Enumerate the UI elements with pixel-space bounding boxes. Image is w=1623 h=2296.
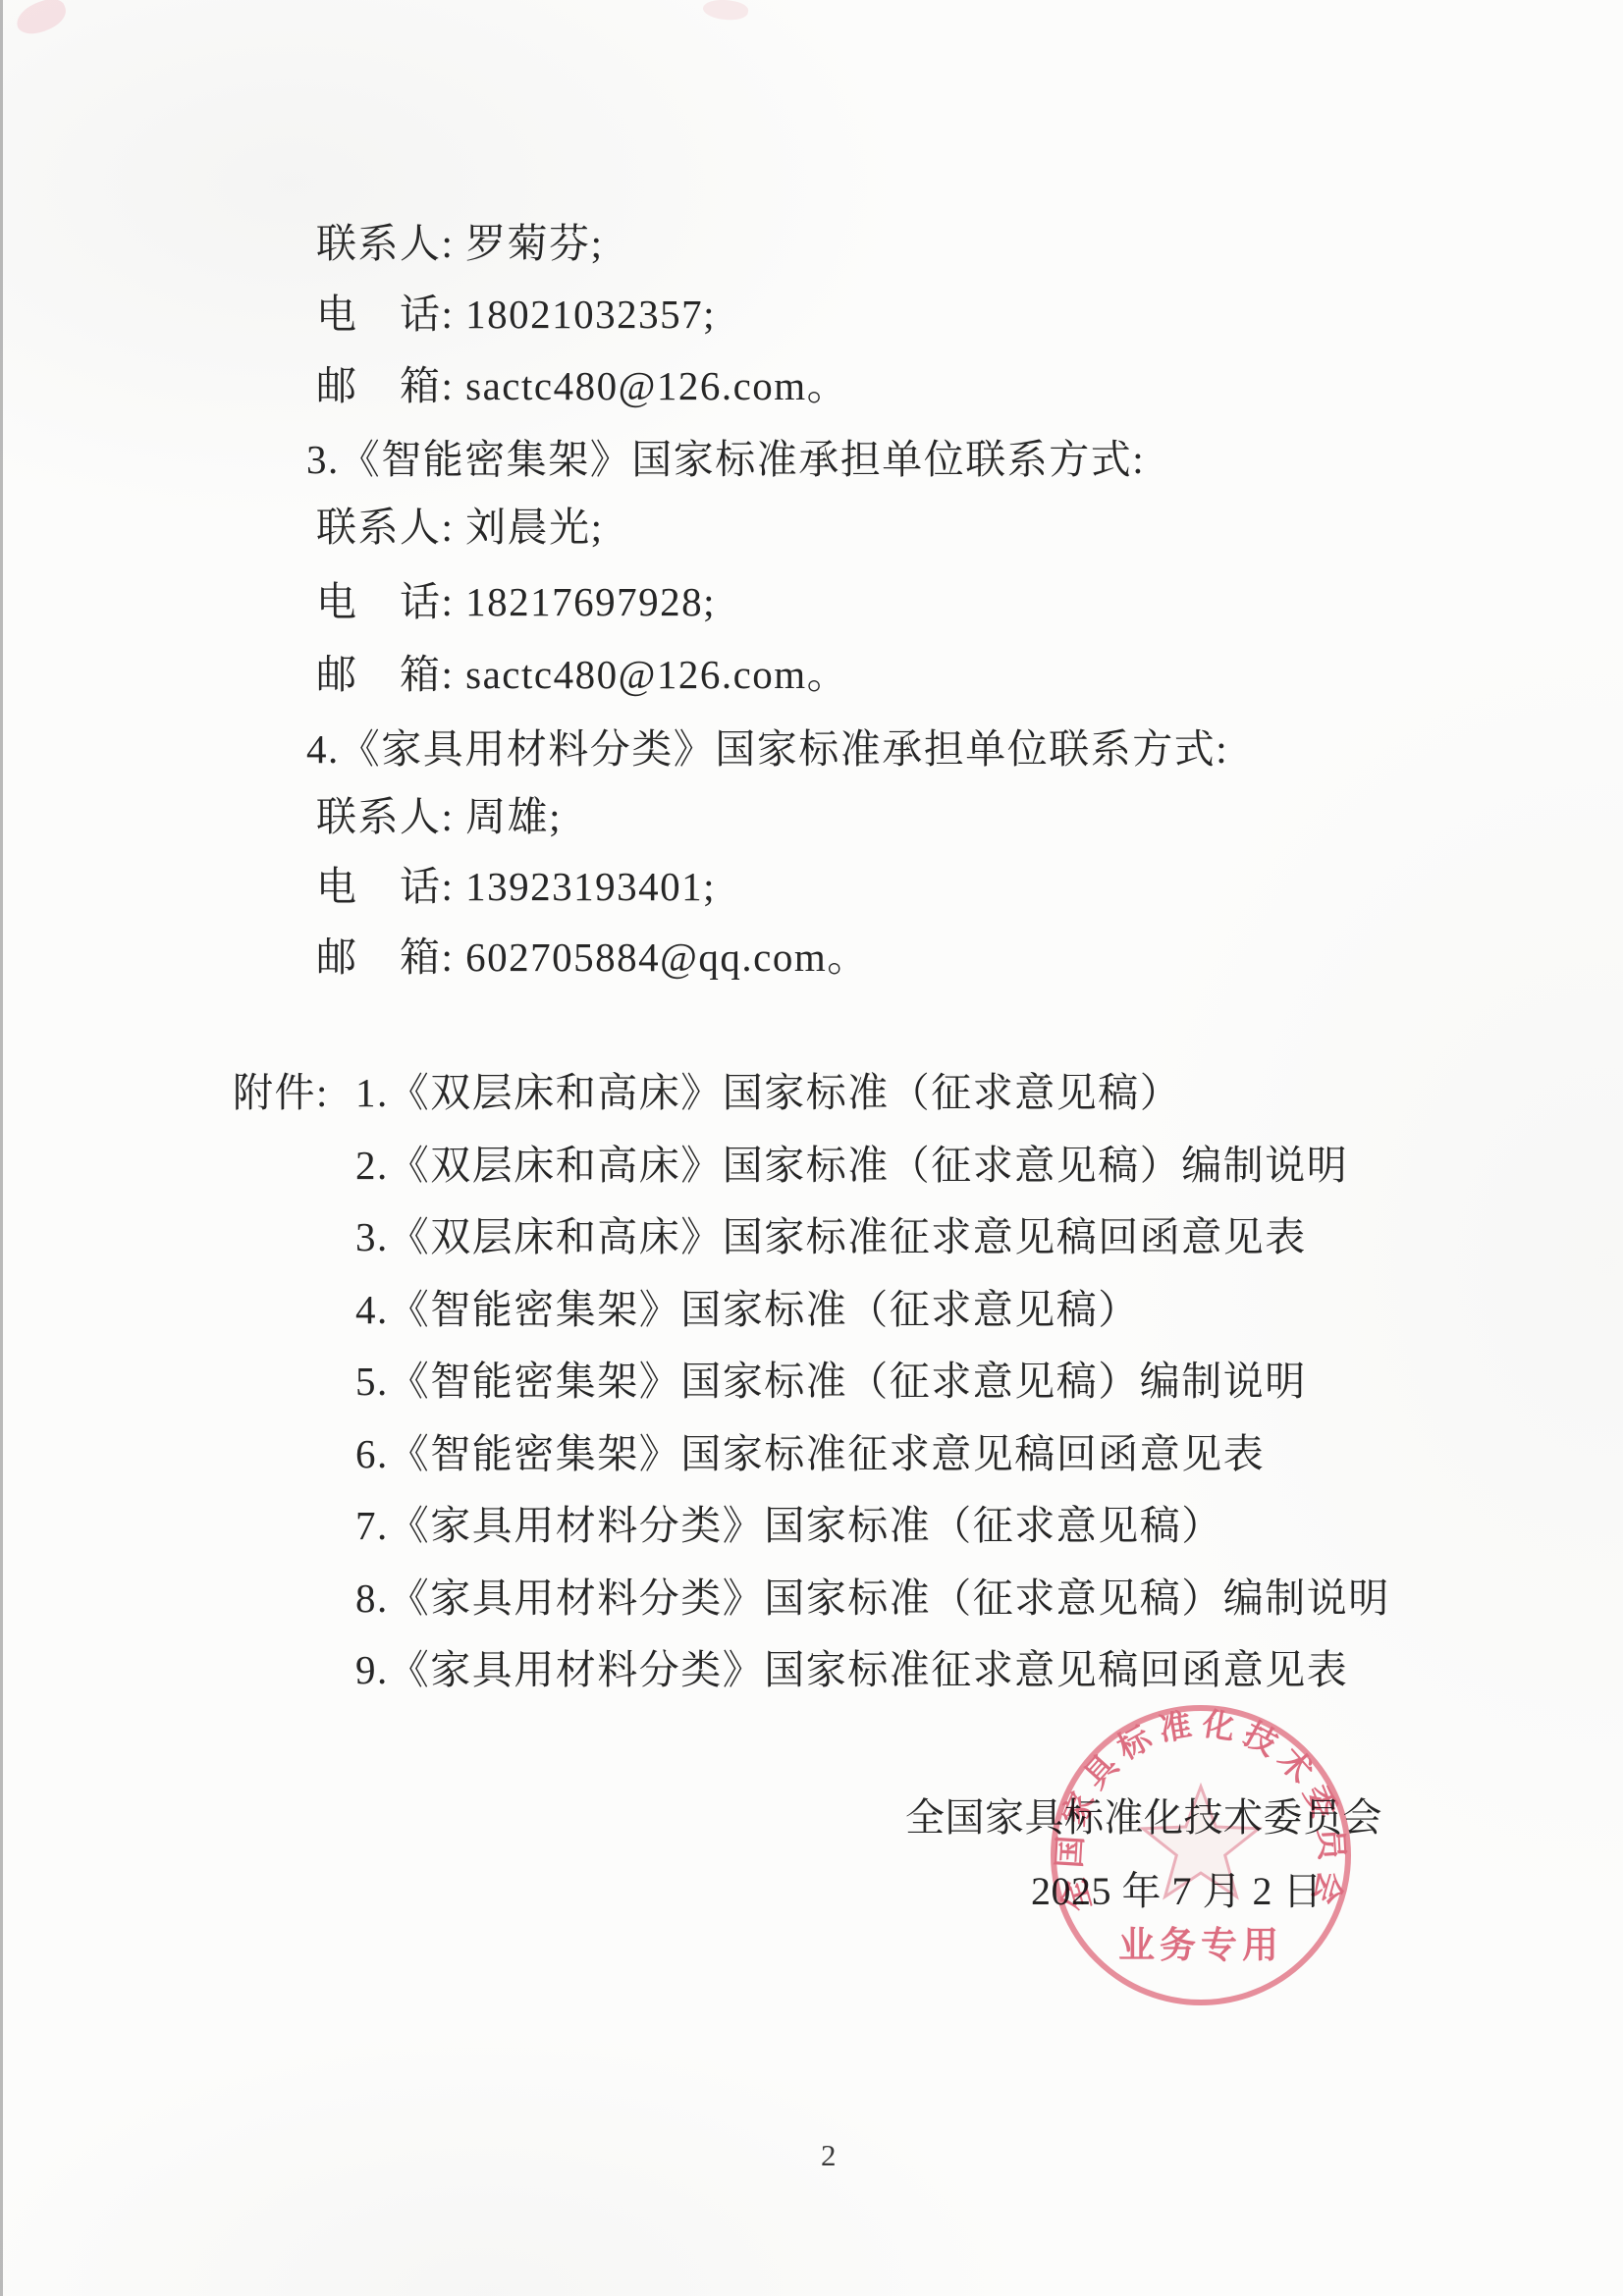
attachment-item: 3.《双层床和高床》国家标准征求意见稿回函意见表: [355, 1217, 1307, 1257]
attachment-item: 6.《智能密集架》国家标准征求意见稿回函意见表: [355, 1434, 1265, 1474]
section4-heading: 4.《家具用材料分类》国家标准承担单位联系方式:: [306, 729, 1228, 770]
seal-ring: [1054, 1708, 1348, 2002]
contact-person-line: 联系人: 刘晨光;: [316, 507, 604, 548]
red-ink-smudge: [13, 0, 71, 38]
attachment-item: 1.《双层床和高床》国家标准（征求意见稿）: [355, 1073, 1181, 1113]
contact-person-line: 联系人: 罗菊芬;: [316, 224, 604, 264]
official-seal: 全国家具标准化技术委员会 业务专用: [1044, 1698, 1358, 2012]
signature-date: 2025 年 7 月 2 日: [1031, 1872, 1323, 1911]
page-number: 2: [821, 2138, 837, 2173]
signature-organization: 全国家具标准化技术委员会: [905, 1798, 1382, 1838]
contact-phone-line: 电 话: 18217697928;: [316, 582, 716, 622]
contact-person-line: 联系人: 周雄;: [316, 797, 562, 837]
scan-edge-artifact: [0, 0, 3, 2296]
contact-email-line: 邮 箱: 602705884@qq.com。: [316, 937, 869, 978]
attachment-item: 9.《家具用材料分类》国家标准征求意见稿回函意见表: [355, 1650, 1348, 1690]
attachment-item: 5.《智能密集架》国家标准（征求意见稿）编制说明: [355, 1362, 1307, 1402]
red-ink-smudge: [702, 0, 749, 23]
contact-phone-line: 电 话: 13923193401;: [316, 867, 716, 907]
scanned-document-page: 联系人: 罗菊芬; 电 话: 18021032357; 邮 箱: sactc48…: [0, 0, 1623, 2296]
contact-email-line: 邮 箱: sactc480@126.com。: [316, 366, 848, 406]
attachments-label: 附件:: [233, 1073, 329, 1113]
attachment-item: 8.《家具用材料分类》国家标准（征求意见稿）编制说明: [355, 1578, 1390, 1619]
contact-phone-line: 电 话: 18021032357;: [316, 294, 716, 335]
seal-bottom-text: 业务专用: [1118, 1925, 1283, 1966]
attachment-item: 7.《家具用材料分类》国家标准（征求意见稿）: [355, 1506, 1223, 1546]
contact-email-line: 邮 箱: sactc480@126.com。: [316, 655, 848, 695]
attachment-item: 2.《双层床和高床》国家标准（征求意见稿）编制说明: [355, 1146, 1348, 1186]
attachment-item: 4.《智能密集架》国家标准（征求意见稿）: [355, 1290, 1140, 1330]
section3-heading: 3.《智能密集架》国家标准承担单位联系方式:: [306, 440, 1145, 480]
